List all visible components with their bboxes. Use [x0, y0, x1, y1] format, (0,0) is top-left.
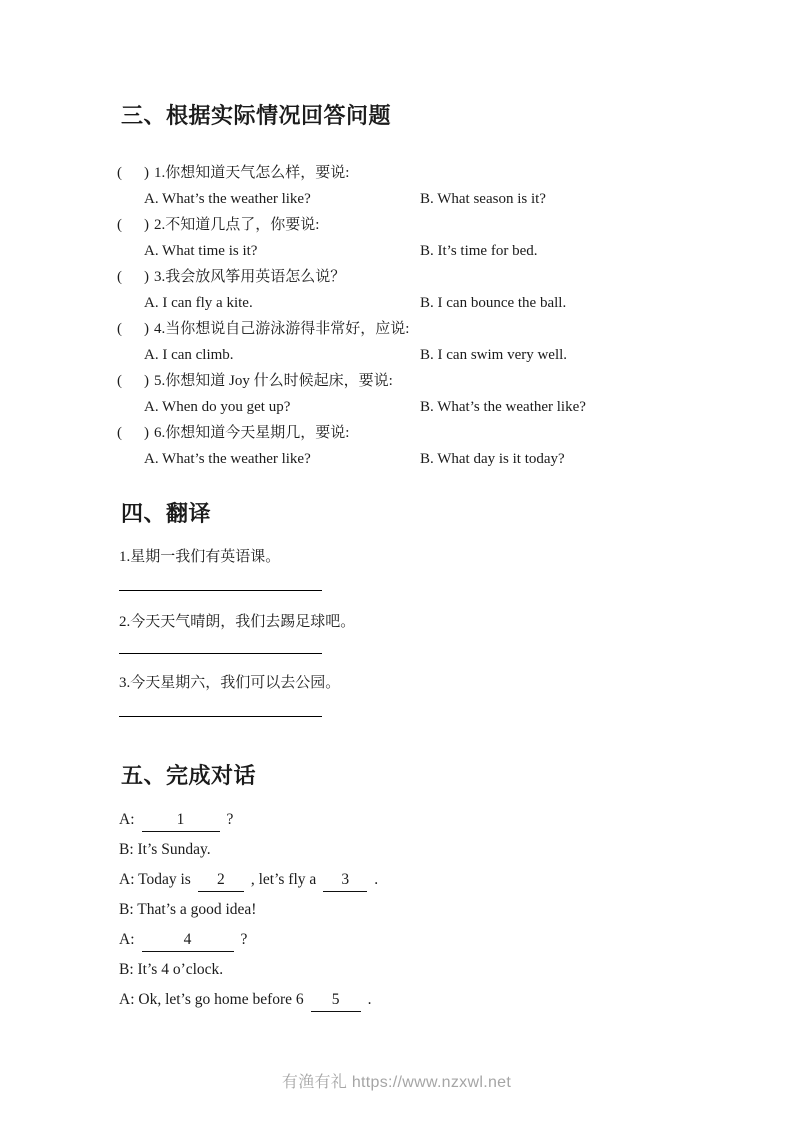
question-text: 1.你想知道天气怎么样，要说:	[154, 165, 349, 181]
dialogue: A:1? B: It’s Sunday. A: Today is2, let’s…	[119, 809, 378, 1019]
option-a: A. What time is it?	[144, 238, 257, 264]
question-stem: ()4.当你想说自己游泳游得非常好，应说:	[117, 316, 757, 342]
answer-bracket-open: (	[117, 264, 144, 290]
answer-bracket-close: )	[144, 217, 149, 233]
speaker-text: B: That’s a good idea!	[119, 901, 256, 918]
dialogue-line: A: Ok, let’s go home before 65.	[119, 989, 378, 1019]
question-stem: ()6.你想知道今天星期几，要说:	[117, 420, 757, 446]
question-options: A. When do you get up?B. What’s the weat…	[117, 394, 757, 420]
dialogue-line: A:1?	[119, 809, 378, 839]
question-options: A. What time is it?B. It’s time for bed.	[117, 238, 757, 264]
dialogue-line: B: It’s Sunday.	[119, 839, 378, 869]
option-a: A. I can fly a kite.	[144, 290, 253, 316]
speaker-text: A:	[119, 811, 135, 828]
speaker-text: .	[374, 871, 378, 888]
question-stem: ()5.你想知道 Joy 什么时候起床，要说:	[117, 368, 757, 394]
option-b: B. It’s time for bed.	[420, 238, 537, 264]
answer-bracket-open: (	[117, 160, 144, 186]
speaker-text: A:	[119, 931, 135, 948]
question-text: 3.我会放风筝用英语怎么说？	[154, 269, 345, 285]
translation-answer-line	[119, 653, 322, 654]
option-b: B. What’s the weather like?	[420, 394, 586, 420]
speaker-text: .	[368, 991, 372, 1008]
speaker-text: ?	[227, 811, 234, 828]
speaker-text: A: Ok, let’s go home before 6	[119, 991, 304, 1008]
option-b: B. I can bounce the ball.	[420, 290, 566, 316]
question-options: A. I can climb.B. I can swim very well.	[117, 342, 757, 368]
answer-bracket-close: )	[144, 165, 149, 181]
question-stem: ()3.我会放风筝用英语怎么说？	[117, 264, 757, 290]
section3-heading: 三、根据实际情况回答问题	[121, 99, 391, 130]
footer-text: 有渔有礼 https://www.nzxwl.net	[282, 1074, 511, 1091]
answer-bracket-close: )	[144, 321, 149, 337]
question-options: A. I can fly a kite.B. I can bounce the …	[117, 290, 757, 316]
option-a: A. When do you get up?	[144, 394, 290, 420]
question-stem: ()1.你想知道天气怎么样，要说:	[117, 160, 757, 186]
speaker-text: , let’s fly a	[251, 871, 316, 888]
question-stem: ()2.不知道几点了，你要说:	[117, 212, 757, 238]
translation-item: 1.星期一我们有英语课。	[119, 547, 280, 567]
question-options: A. What’s the weather like?B. What seaso…	[117, 186, 757, 212]
fill-blank-2: 2	[198, 871, 244, 892]
option-a: A. What’s the weather like?	[144, 186, 311, 212]
question-text: 6.你想知道今天星期几，要说:	[154, 425, 349, 441]
question-options: A. What’s the weather like?B. What day i…	[117, 446, 757, 472]
speaker-text: B: It’s Sunday.	[119, 841, 211, 858]
fill-blank-1: 1	[142, 811, 220, 832]
option-b: B. I can swim very well.	[420, 342, 567, 368]
question-text: 5.你想知道 Joy 什么时候起床，要说:	[154, 373, 393, 389]
section5-heading: 五、完成对话	[121, 759, 256, 790]
footer-watermark: 有渔有礼 https://www.nzxwl.net	[0, 1069, 793, 1092]
option-b: B. What day is it today?	[420, 446, 565, 472]
question-text: 4.当你想说自己游泳游得非常好，应说:	[154, 321, 409, 337]
answer-bracket-close: )	[144, 269, 149, 285]
answer-bracket-close: )	[144, 425, 149, 441]
option-b: B. What season is it?	[420, 186, 546, 212]
answer-bracket-open: (	[117, 368, 144, 394]
speaker-text: B: It’s 4 o’clock.	[119, 961, 223, 978]
fill-blank-5: 5	[311, 991, 361, 1012]
section3-questions: ()1.你想知道天气怎么样，要说: A. What’s the weather …	[117, 160, 757, 472]
answer-bracket-open: (	[117, 420, 144, 446]
speaker-text: ?	[241, 931, 248, 948]
answer-bracket-open: (	[117, 316, 144, 342]
question-text: 2.不知道几点了，你要说:	[154, 217, 319, 233]
dialogue-line: B: That’s a good idea!	[119, 899, 378, 929]
translation-answer-line	[119, 590, 322, 591]
translation-item: 3.今天星期六，我们可以去公园。	[119, 673, 340, 693]
translation-item: 2.今天天气晴朗，我们去踢足球吧。	[119, 612, 355, 632]
dialogue-line: A: Today is2, let’s fly a3.	[119, 869, 378, 899]
section4-heading: 四、翻译	[121, 497, 211, 528]
dialogue-line: A:4?	[119, 929, 378, 959]
fill-blank-4: 4	[142, 931, 234, 952]
dialogue-line: B: It’s 4 o’clock.	[119, 959, 378, 989]
fill-blank-3: 3	[323, 871, 367, 892]
option-a: A. What’s the weather like?	[144, 446, 311, 472]
translation-answer-line	[119, 716, 322, 717]
answer-bracket-close: )	[144, 373, 149, 389]
option-a: A. I can climb.	[144, 342, 234, 368]
answer-bracket-open: (	[117, 212, 144, 238]
speaker-text: A: Today is	[119, 871, 191, 888]
